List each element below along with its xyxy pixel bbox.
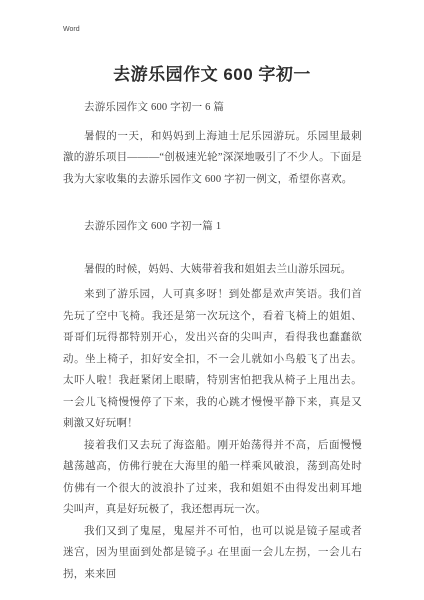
page-number: - 1 - [0,548,424,557]
essay-1-heading: 去游乐园作文 600 字初一篇 1 [63,216,362,238]
window-title-word-label: Word [63,26,80,33]
essay-paragraph-1: 暑假的时候，妈妈、大姨带着我和姐姐去兰山游乐园玩。 [63,259,362,281]
essay-collection-subtitle: 去游乐园作文 600 字初一 6 篇 [63,97,362,119]
document-body: 去游乐园作文 600 字初一 6 篇 暑假的一天，和妈妈到上海迪士尼乐园游玩。乐… [0,97,424,585]
intro-paragraph: 暑假的一天，和妈妈到上海迪士尼乐园游玩。乐园里最刺激的游乐项目———“创极速光轮… [63,126,362,191]
essay-paragraph-3: 接着我们又去玩了海盗船。刚开始荡得并不高，后面慢慢越荡越高，仿佛行驶在大海里的船… [63,435,362,521]
essay-paragraph-2: 来到了游乐园，人可真多呀！到处都是欢声笑语。我们首先玩了空中飞椅。我还是第一次玩… [63,284,362,435]
word-document-page: Word 去游乐园作文 600 字初一 去游乐园作文 600 字初一 6 篇 暑… [0,0,424,600]
document-title: 去游乐园作文 600 字初一 [0,0,424,88]
